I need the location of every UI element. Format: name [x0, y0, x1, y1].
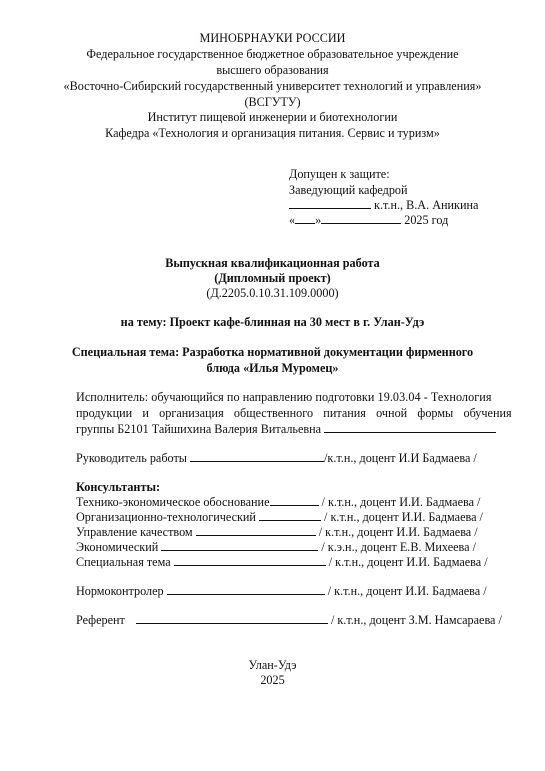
- consultant-person: / к.т.н., доцент И.И. Бадмаева /: [324, 510, 483, 524]
- consultant-person: / к.т.н., доцент И.И. Бадмаева /: [319, 525, 478, 539]
- consultant-signature-line: [161, 539, 318, 551]
- institution-type: Федеральное государственное бюджетное об…: [0, 46, 545, 63]
- approval-title: Допущен к защите:: [289, 166, 390, 183]
- approval-year: 2025 год: [404, 213, 448, 227]
- department-name: Кафедра «Технология и организация питани…: [0, 125, 545, 142]
- university-name: «Восточно-Сибирский государственный унив…: [0, 78, 545, 95]
- referent-person: / к.т.н., доцент З.М. Намсараева /: [331, 613, 502, 627]
- normcontroller-person: / к.т.н., доцент И.И. Бадмаева /: [328, 584, 487, 598]
- institution-type-cont: высшего образования: [0, 62, 545, 79]
- approval-date-line: «» 2025 год: [289, 212, 448, 229]
- consultant-person: / к.э.н., доцент Е.В. Михеева /: [321, 540, 476, 554]
- normcontroller-label: Нормоконтролер: [76, 584, 164, 598]
- consultant-signature-line: [174, 554, 326, 566]
- consultant-label: Экономический: [76, 540, 158, 554]
- referent-label: Референт: [76, 613, 125, 627]
- footer-year: 2025: [0, 672, 545, 689]
- signature-line: [289, 197, 371, 209]
- consultant-signature-line: [259, 509, 321, 521]
- approval-signer: к.т.н., В.А. Аникина: [374, 198, 478, 212]
- consultant-person: / к.т.н., доцент И.И. Бадмаева /: [329, 555, 488, 569]
- normcontroller-row: Нормоконтролер / к.т.н., доцент И.И. Бад…: [76, 583, 487, 600]
- supervisor-label: Руководитель работы: [76, 451, 187, 465]
- consultant-label: Специальная тема: [76, 555, 171, 569]
- work-code: (Д.2205.0.10.31.109.0000): [0, 285, 545, 302]
- consultant-person: / к.т.н., доцент И.И. Бадмаева /: [322, 495, 481, 509]
- performer-name: группы Б2101 Тайшихина Валерия Витальевн…: [76, 422, 321, 436]
- consultant-signature-line: [270, 494, 319, 506]
- normcontroller-signature-line: [167, 583, 325, 595]
- consultant-label: Управление качеством: [76, 525, 193, 539]
- performer-line1: Исполнитель: обучающийся по направлению …: [76, 389, 491, 406]
- institute-name: Институт пищевой инженерии и биотехнолог…: [0, 109, 545, 126]
- special-topic-cont: блюда «Илья Муромец»: [0, 360, 545, 377]
- performer-signature-line: [324, 421, 496, 433]
- consultant-signature-line: [196, 524, 316, 536]
- month-blank: [321, 212, 401, 224]
- consultant-label: Технико-экономическое обоснование: [76, 495, 270, 509]
- special-topic: Специальная тема: Разработка нормативной…: [0, 344, 545, 361]
- referent-signature-line: [136, 612, 328, 624]
- supervisor-person: /к.т.н., доцент И.И Бадмаева /: [324, 451, 477, 465]
- consultant-row: Специальная тема / к.т.н., доцент И.И. Б…: [76, 554, 488, 571]
- consultant-label: Организационно-технологический: [76, 510, 256, 524]
- supervisor-row: Руководитель работы /к.т.н., доцент И.И …: [76, 450, 477, 467]
- performer-line3: группы Б2101 Тайшихина Валерия Витальевн…: [76, 421, 496, 438]
- work-topic: на тему: Проект кафе-блинная на 30 мест …: [0, 314, 545, 331]
- supervisor-signature-line: [190, 450, 324, 462]
- day-blank: [295, 212, 315, 224]
- referent-row: Референт / к.т.н., доцент З.М. Намсараев…: [76, 612, 502, 629]
- ministry-name: МИНОБРНАУКИ РОССИИ: [0, 30, 545, 47]
- performer-line2: продукции и организация общественного пи…: [76, 405, 512, 422]
